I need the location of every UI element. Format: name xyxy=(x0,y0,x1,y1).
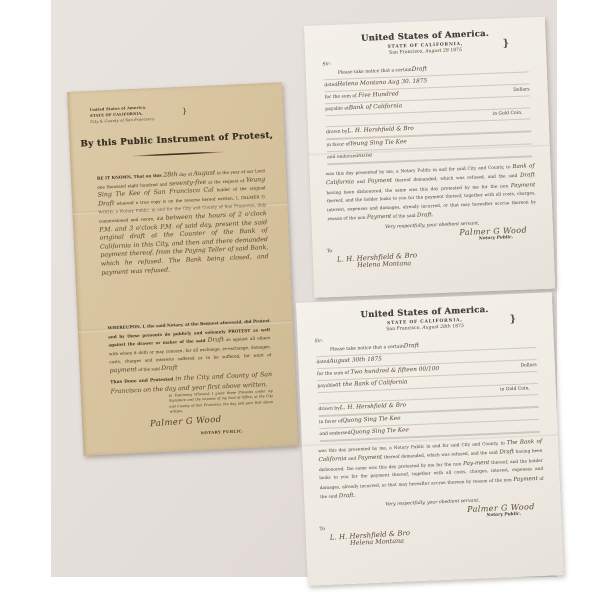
protest-testimony-clause: In Testimony Whereof, I grant these Pres… xyxy=(169,389,274,415)
dollars-label: Dollars xyxy=(520,361,537,372)
notice-body-paragraph: was this day presented by me, a Notary P… xyxy=(326,162,537,224)
photo-background: United States of America. STATE OF CALIF… xyxy=(51,0,557,577)
notary-signature-caption: NOTARY PUBLIC. xyxy=(200,428,243,435)
notary-signature: Palmer G Wood xyxy=(150,415,222,429)
protest-paragraph-be-it-known: BE IT KNOWN, That on this 28th day of Au… xyxy=(97,167,270,278)
protest-letterhead: United States of America. STATE OF CALIF… xyxy=(90,104,156,125)
rule-fill xyxy=(439,367,520,370)
notice-body-paragraph: was this day presented by me, a Notary P… xyxy=(318,438,544,503)
dollars-label: Dollars xyxy=(513,85,530,96)
letterhead-brace: } xyxy=(182,107,187,116)
rule-fill xyxy=(399,91,514,95)
protest-title: By this Public Instrument of Protest, xyxy=(69,130,284,150)
gold-coin-label: in Gold Coin, xyxy=(500,384,530,395)
document-notice-top: United States of America. STATE OF CALIF… xyxy=(304,17,555,298)
document-protest: United States of America. STATE OF CALIF… xyxy=(67,82,298,455)
protest-paragraph-whereupon: WHEREUPON, I, the said Notary, at the Re… xyxy=(108,317,272,376)
document-notice-bottom: United States of America. STATE OF CALIF… xyxy=(296,292,564,585)
gold-coin-label: in Gold Coin, xyxy=(493,109,523,120)
flourish-ornament xyxy=(132,151,224,157)
